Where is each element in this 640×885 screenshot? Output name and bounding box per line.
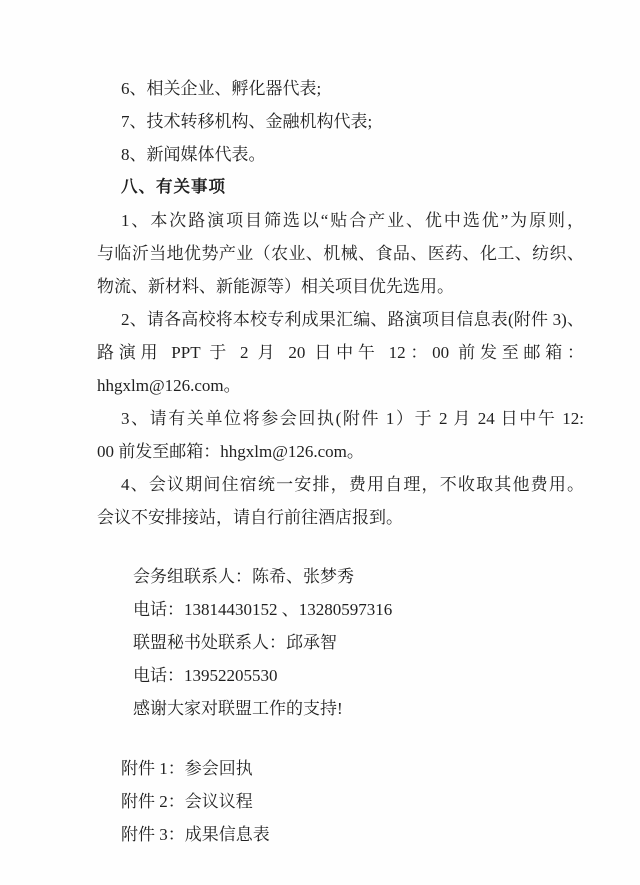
attachment-1: 附件 1：参会回执: [97, 752, 584, 785]
section-heading: 八、有关事项: [97, 171, 584, 204]
contact-organizer-phone: 电话：13814430152 、13280597316: [97, 593, 584, 626]
contact-secretariat-phone: 电话：13952205530: [97, 659, 584, 692]
list-item-7: 7、技术转移机构、金融机构代表;: [97, 105, 584, 138]
note-3-line-1: 3、请有关单位将参会回执(附件 1）于 2 月 24 日中午 12:: [97, 402, 584, 435]
blank-line: [97, 725, 584, 752]
list-item-6: 6、相关企业、孵化器代表;: [97, 72, 584, 105]
note-4-line-2: 会议不安排接站，请自行前往酒店报到。: [97, 501, 584, 534]
blank-line: [97, 534, 584, 560]
contact-secretariat: 联盟秘书处联系人：邱承智: [97, 626, 584, 659]
note-2-line-3-email: hhgxlm@126.com。: [97, 369, 584, 402]
document-body: 6、相关企业、孵化器代表; 7、技术转移机构、金融机构代表; 8、新闻媒体代表。…: [97, 72, 584, 851]
note-1-line-1: 1、本次路演项目筛选以“贴合产业、优中选优”为原则，: [97, 204, 584, 237]
note-1-line-2: 与临沂当地优势产业（农业、机械、食品、医药、化工、纺织、: [97, 237, 584, 270]
attachment-2: 附件 2：会议议程: [97, 785, 584, 818]
thanks-line: 感谢大家对联盟工作的支持!: [97, 692, 584, 725]
note-4-line-1: 4、会议期间住宿统一安排，费用自理，不收取其他费用。: [97, 468, 584, 501]
document-page: 6、相关企业、孵化器代表; 7、技术转移机构、金融机构代表; 8、新闻媒体代表。…: [0, 0, 640, 885]
note-3-line-2: 00 前发至邮箱：hhgxlm@126.com。: [97, 435, 584, 468]
contact-organizer: 会务组联系人：陈希、张梦秀: [97, 560, 584, 593]
note-2-line-1: 2、请各高校将本校专利成果汇编、路演项目信息表(附件 3)、: [97, 303, 584, 336]
note-1-line-3: 物流、新材料、新能源等）相关项目优先选用。: [97, 270, 584, 303]
note-2-line-2: 路演用 PPT 于 2 月 20 日中午 12：00 前发至邮箱：: [97, 336, 584, 369]
list-item-8: 8、新闻媒体代表。: [97, 138, 584, 171]
attachment-3: 附件 3：成果信息表: [97, 818, 584, 851]
